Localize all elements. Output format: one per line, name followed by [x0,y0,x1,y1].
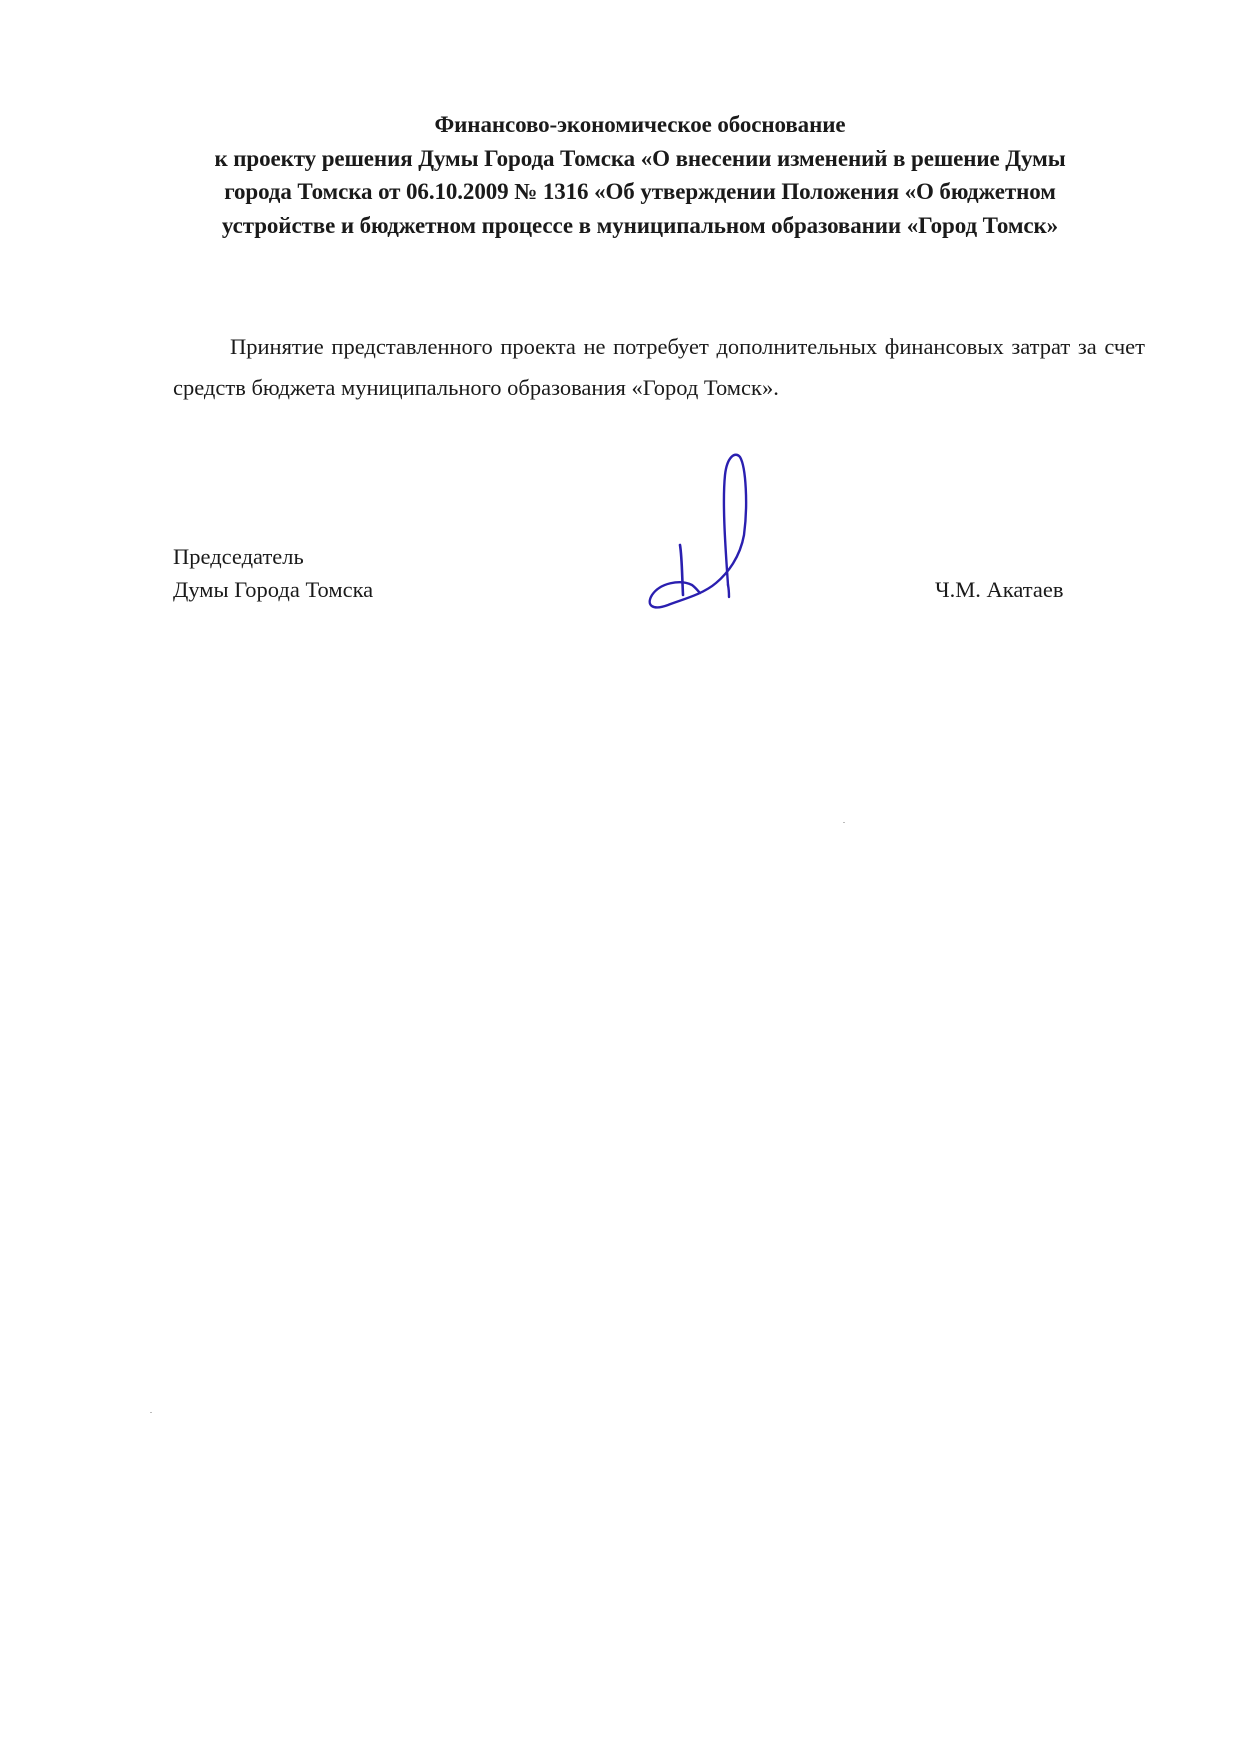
position-line-1: Председатель [173,540,373,573]
signatory-position: Председатель Думы Города Томска [173,540,373,606]
signatory-name: Ч.М. Акатаев [935,573,1063,606]
body-paragraph: Принятие представленного проекта не потр… [173,326,1145,408]
body-section: Принятие представленного проекта не потр… [173,326,1145,408]
title-line-3: города Томска от 06.10.2009 № 1316 «Об у… [150,175,1130,209]
scan-speck [150,1412,152,1413]
scan-speck [843,822,845,823]
document-title: Финансово-экономическое обоснование к пр… [150,108,1130,242]
position-line-2: Думы Города Томска [173,573,373,606]
title-line-4: устройстве и бюджетном процессе в муници… [150,209,1130,243]
title-line-2: к проекту решения Думы Города Томска «О … [150,142,1130,176]
handwritten-signature-icon [640,445,770,615]
title-line-1: Финансово-экономическое обоснование [150,108,1130,142]
